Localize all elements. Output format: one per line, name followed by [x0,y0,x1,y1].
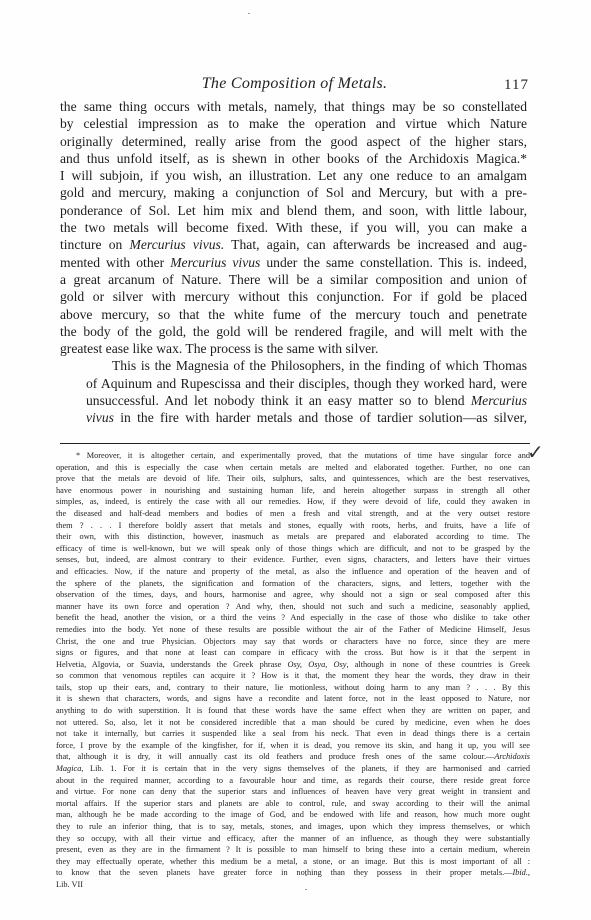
text-line: remedies into the body. Yet none of thes… [56,624,530,636]
paragraph-2: This is the Magnesia of the Philosophers… [60,357,527,426]
text-line: not uttered. So, also, let it not be con… [56,717,530,729]
running-title: The Composition of Metals. [60,75,529,93]
text-line: and efficacies. Now, if the nature and p… [56,566,530,578]
text-line: tails, stop up their ears, and, contrary… [56,682,530,694]
paragraph-1: the same thing occurs with metals, namel… [60,98,527,357]
text-line: their own, with this distinction, howeve… [56,531,530,543]
text-line: prove that the metals are devoid of life… [56,473,530,485]
text-line: signs or figures, and that none at least… [56,647,530,659]
page-number: 117 [504,77,529,94]
text-line: greatest ease like wax. The process is t… [60,340,527,357]
text-line: Lib. VII [56,879,530,891]
text-line: a great arcanum of Nature. There will be… [60,271,527,288]
footnote-rule [60,443,530,444]
text-line: vivus in the fire with harder metals and… [60,409,527,426]
text-line: originally determined, really arise from… [60,133,527,150]
text-line: anything to do with superstition. It is … [56,705,530,717]
footnote: * Moreover, it is altogether certain, an… [56,450,530,891]
text-line: to know that the seven planets have grea… [56,867,530,879]
text-line: unsuccessful. And let nobody think it an… [60,392,527,409]
text-line: This is the Magnesia of the Philosophers… [60,357,527,374]
text-line: have enormous power in nourishing and su… [56,485,530,497]
italic-term: Archidoxis [494,752,530,761]
text-line: and virtue. For none can deny that the s… [56,786,530,798]
italic-term: Magica [56,764,81,773]
text-line: it is shewn that characters, words, and … [56,693,530,705]
text-line: that, although it is dry, it will annual… [56,751,530,763]
text-line: Christ, the one and true Physician. Obje… [56,636,530,648]
text-line: gold or silver with mercury without this… [60,288,527,305]
text-line: gold and mercury, making a conjunction o… [60,184,527,201]
text-line: the two metals will become fixed. With t… [60,219,527,236]
italic-term: vivus [86,410,114,425]
text-line: senses, but, indeed, are almost contrary… [56,554,530,566]
text-line: Magica, Lib. 1. For it is certain that i… [56,763,530,775]
italic-term: Ibid. [512,868,527,877]
text-line: by celestial impression as to make the o… [60,115,527,132]
text-line: tincture on Mercurius vivus. That, again… [60,236,527,253]
text-line: so common that venomous reptiles can acq… [56,670,530,682]
text-line: ponderance of Sol. Let him mix and blend… [60,202,527,219]
text-line: observation of the times, days, and hour… [56,589,530,601]
italic-term: Mercurius vivus. [130,237,225,252]
text-line: benefit the head, another the vision, or… [56,612,530,624]
text-line: not take it internally, but carries it s… [56,728,530,740]
text-line: they may effectually operate, whether th… [56,856,530,868]
text-line: they to rule an inferior thing, that is … [56,821,530,833]
text-line: operation, and this is especially the ca… [56,462,530,474]
text-line: simples, as, indeed, is entirely the cas… [56,496,530,508]
text-line: * Moreover, it is altogether certain, an… [56,450,530,462]
text-line: manner have its own force and operation … [56,601,530,613]
text-line: force, I prove by the example of the kin… [56,740,530,752]
italic-term: Mercurius [471,393,527,408]
scan-speck [305,889,307,890]
text-line: Helvetia, Algovia, or Suavia, understand… [56,659,530,671]
text-line: and thus unfold itself, as is shewn in o… [60,150,527,167]
text-line: the diseased and half-dead members and b… [56,508,530,520]
italic-term: Mercurius vivus [170,255,260,270]
text-line: I will subjoin, if you wish, an illustra… [60,167,527,184]
text-line: the body of the gold, the gold will be r… [60,323,527,340]
body-text: the same thing occurs with metals, namel… [60,98,527,427]
text-line: efficacy of time is well-known, but we w… [56,543,530,555]
text-line: mented with other Mercurius vivus under … [60,254,527,271]
text-line: man, although he be made according to th… [56,809,530,821]
scan-speck [248,13,250,14]
book-page: The Composition of Metals. 117 the same … [0,0,591,920]
text-line: them ? . . . I therefore boldly assert t… [56,520,530,532]
text-line: mortal affairs. If the superior stars an… [56,798,530,810]
italic-term: Osy, Osya, Osy [287,660,346,669]
text-line: present, even as they are in the firmame… [56,844,530,856]
text-line: above mercury, so that the white fume of… [60,306,527,323]
text-line: the sphere of the planets, the significa… [56,578,530,590]
text-line: about in the required manner, according … [56,775,530,787]
text-line: of Aquinum and Rupescissa and their disc… [60,375,527,392]
text-line: they so occupy, with all their virtue an… [56,833,530,845]
scan-speck [305,875,307,876]
running-head: The Composition of Metals. 117 [60,75,529,95]
text-line: the same thing occurs with metals, namel… [60,98,527,115]
